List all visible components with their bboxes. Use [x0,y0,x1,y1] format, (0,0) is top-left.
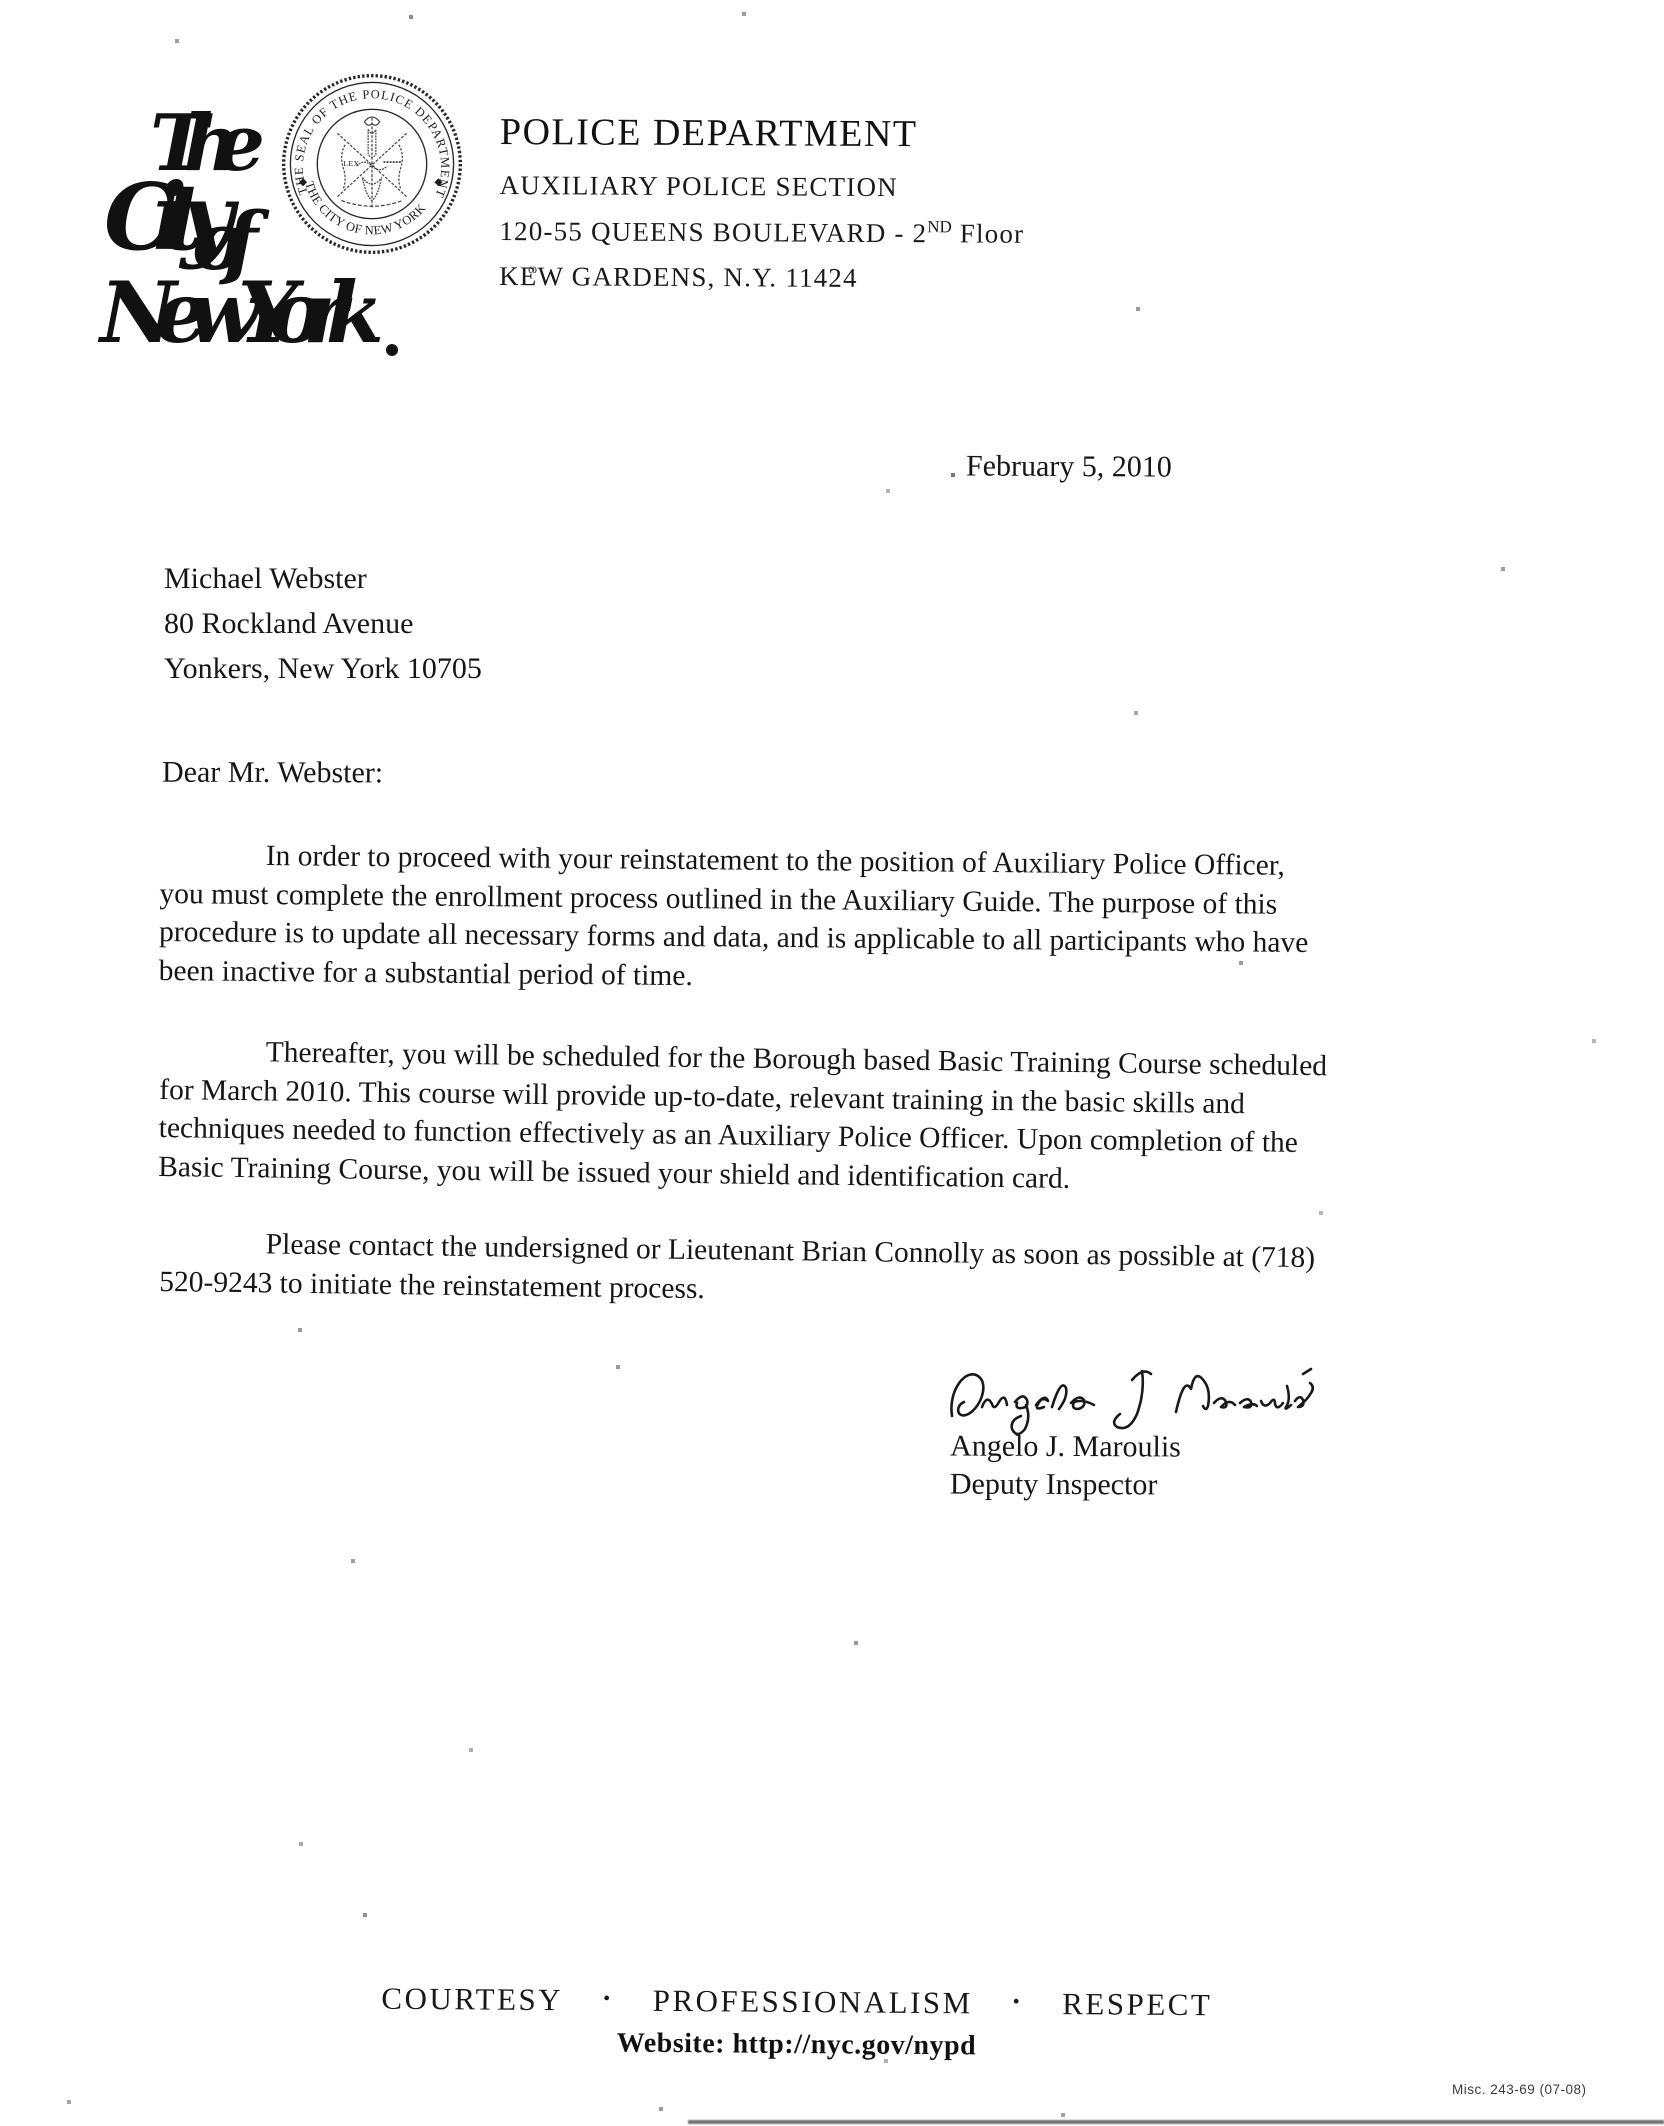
scan-noise-specks [0,0,2,2]
city-state-zip: KEW GARDENS, N.Y. 11424 [499,261,1024,295]
letter-date: February 5, 2010 [966,449,1172,484]
seal-diamond-left: ◆ [299,177,308,188]
footer: COURTESY • PROFESSIONALISM • RESPECT Web… [129,1979,1464,2066]
motto-respect: RESPECT [1062,1986,1212,2023]
letterhead-text-block: POLICE DEPARTMENT AUXILIARY POLICE SECTI… [499,110,1025,295]
seal-diamond-right: ◆ [434,177,443,188]
section-name: AUXILIARY POLICE SECTION [500,170,1025,204]
recipient-street: 80 Rockland Avenue [164,601,482,646]
recipient-address-block: Michael Webster 80 Rockland Avenue Yonke… [164,556,482,691]
floor-superscript: ND [927,217,952,236]
logo-word-newyork: NewYork [97,263,384,362]
paragraph-1: In order to proceed with your reinstatem… [159,836,1496,1003]
form-code: Misc. 243-69 (07-08) [1452,2082,1587,2097]
website-line: Website: http://nyc.gov/nypd [129,2024,1463,2066]
motto-line: COURTESY • PROFESSIONALISM • RESPECT [381,1981,1212,2024]
paragraph-2: Thereafter, you will be scheduled for th… [158,1032,1496,1204]
recipient-name: Michael Webster [164,556,482,601]
paragraph-3: Please contact the undersigned or Lieute… [159,1224,1496,1319]
signer-name: Angelo J. Maroulis [950,1427,1181,1466]
department-name: POLICE DEPARTMENT [500,110,1025,157]
seal-inner-word: LEX [343,159,359,168]
motto-professionalism: PROFESSIONALISM [653,1983,973,2022]
scanned-letter-page: The City of NewYork THE SEAL OF THE POLI… [0,0,1664,2126]
street-address: 120-55 QUEENS BOULEVARD - 2ND Floor [499,215,1024,250]
bullet-icon: • [603,1987,613,2010]
motto-courtesy: COURTESY [381,1981,563,2018]
bullet-icon: • [1013,1990,1023,2013]
recipient-city: Yonkers, New York 10705 [164,646,482,691]
scan-edge-streak [688,2120,1664,2124]
signature-block: Angelo J. Maroulis Deputy Inspector [950,1427,1181,1504]
scan-artifact-mark: ω [528,262,537,278]
logo-period [386,344,398,356]
salutation: Dear Mr. Webster: [162,756,383,791]
nypd-seal-icon: THE SEAL OF THE POLICE DEPARTMENT THE CI… [276,58,468,270]
signer-title: Deputy Inspector [950,1465,1181,1504]
